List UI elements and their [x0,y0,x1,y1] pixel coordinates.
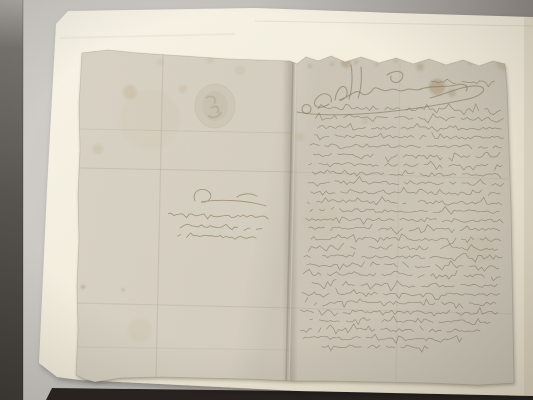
photo-frame [0,0,533,400]
vignette-overlay [0,0,533,400]
manuscript-photo [0,0,533,400]
